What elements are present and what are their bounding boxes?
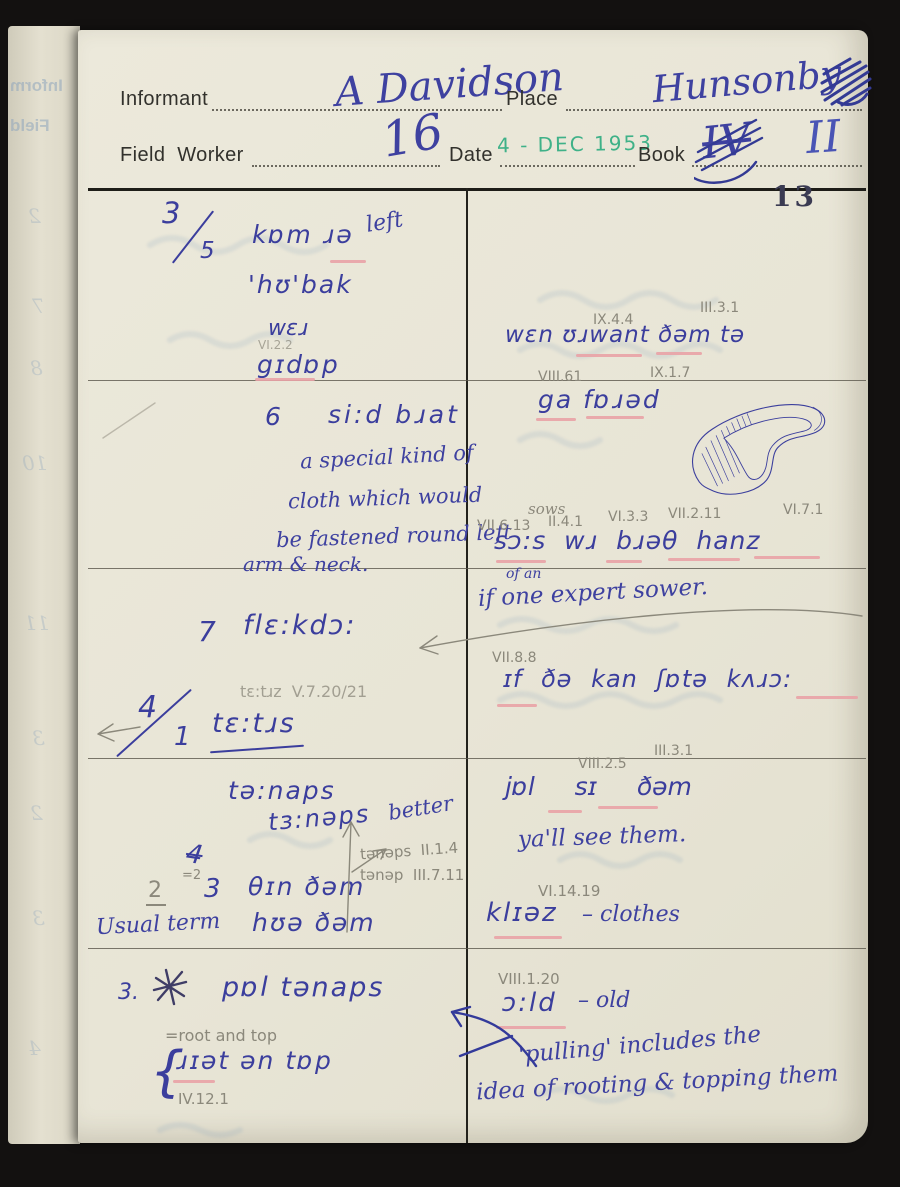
ghost-text-field: Field <box>10 116 50 136</box>
item7-pencil-note: tɛ:tɹz V.7.20/21 <box>240 682 367 701</box>
fieldworker-label: Field Worker <box>120 144 244 167</box>
block1-pencil-ref-3: VIII.61 <box>538 369 582 385</box>
item1-number-top: 3 <box>162 196 180 230</box>
red-underline <box>494 936 562 939</box>
item1-number-bottom: 5 <box>200 238 215 264</box>
notebook-page <box>78 30 868 1143</box>
item1-phonetic-1: kɒm ɹə <box>252 220 354 249</box>
red-underline <box>255 378 315 381</box>
previous-page-edge: Inform Field 2 7 8 10 11 3 2 3 4 <box>8 26 80 1144</box>
ghost-number: 11 <box>24 611 49 635</box>
turnips-pencil-note-2: tənəp III.7.11 <box>360 866 464 884</box>
block2-inserted-words: of an <box>506 566 541 582</box>
block5-gloss: – clothes <box>582 902 680 927</box>
turnips-pencil-number: 2 <box>148 878 162 903</box>
ghost-text-informant: Inform <box>10 76 63 96</box>
red-underline <box>586 416 644 419</box>
item1-phonetic-2: 'hʊ'bak <box>248 270 353 299</box>
row-line-3 <box>88 758 866 759</box>
date-stamp-value: 4 - DEC 1953 <box>497 131 653 158</box>
item3-pencil-ref: IV.12.1 <box>178 1090 229 1108</box>
book-value: II <box>804 111 842 164</box>
red-underline <box>496 1026 566 1029</box>
item4-phonetic: tɛ:tɹs <box>212 708 296 739</box>
red-underline <box>656 352 702 355</box>
turnips-phonetic-3: θɪn ðəm <box>248 872 365 901</box>
item3-phonetic: pɒl tənaps <box>222 972 384 1003</box>
page-number-stamp: 13 <box>772 180 817 213</box>
red-underline <box>576 354 642 357</box>
ghost-number: 2 <box>28 204 41 228</box>
row-line-4 <box>88 948 866 949</box>
block6-pencil-ref: VIII.1.20 <box>498 970 560 988</box>
column-divider <box>466 188 468 1143</box>
ghost-number: 8 <box>30 356 43 380</box>
red-underline <box>496 560 546 563</box>
block4-pencil-ref-1: VIII.2.5 <box>578 756 627 772</box>
book-label: Book <box>638 144 685 167</box>
turnips-item-number: 3 <box>204 874 221 904</box>
item6-number: 6 <box>265 402 281 431</box>
ghost-number: 7 <box>32 294 45 318</box>
block1-pencil-ref-4: IX.1.7 <box>650 365 690 381</box>
informant-label: Informant <box>120 88 208 111</box>
item3-number: 3. <box>118 980 139 1005</box>
block6-phonetic-gloss: – old <box>578 988 630 1013</box>
item7-phonetic: flɛ:kdɔ: <box>243 610 357 641</box>
block2-phonetic: sɔ:s wɹ bɹəθ hanz <box>494 526 760 555</box>
block6-phonetic: ɔ:ld <box>502 988 557 1018</box>
item7-number: 7 <box>198 615 216 648</box>
fieldworker-monogram: 16 <box>378 103 448 169</box>
red-underline <box>330 260 366 263</box>
red-underline <box>536 418 576 421</box>
ghost-number: 4 <box>28 1036 41 1060</box>
ghost-number: 3 <box>32 726 45 750</box>
row-line-2 <box>88 568 866 569</box>
block5-phonetic: klɪəz <box>486 898 558 928</box>
book-crossed-value: IV <box>699 114 753 170</box>
turnips-pencil-superscript: =2 <box>182 868 201 883</box>
item6-gloss-4: arm & neck. <box>243 552 368 576</box>
pencil-underline <box>146 904 166 906</box>
block3-pencil-ref: VII.8.8 <box>492 650 537 666</box>
block2-pencil-ref-3: VI.3.3 <box>608 509 648 525</box>
item6-phonetic: si:d bɹat <box>328 400 460 429</box>
turnips-usual-term-word: hʊə ðəm <box>252 908 376 937</box>
red-underline <box>598 806 658 809</box>
red-underline <box>497 704 537 707</box>
notebook-scan: Inform Field 2 7 8 10 11 3 2 3 4 Informa… <box>0 0 900 1187</box>
red-underline <box>754 556 820 559</box>
block1-phonetic-2: ga fɒɹəd <box>538 385 661 414</box>
table-top-rule <box>88 188 866 191</box>
place-label: Place <box>506 88 558 111</box>
red-underline <box>548 810 582 813</box>
block2-pencil-ref-5: VI.7.1 <box>783 502 823 518</box>
red-underline <box>173 1080 215 1083</box>
item1-phonetic-4: gɪdɒp <box>257 350 340 379</box>
ghost-number: 3 <box>32 906 45 930</box>
red-underline <box>796 696 858 699</box>
red-underline <box>668 558 740 561</box>
place-ruled-line <box>566 108 862 111</box>
row-line-1 <box>88 380 866 381</box>
block1-pencil-ref-2: III.3.1 <box>700 300 739 316</box>
ghost-number: 2 <box>30 801 43 825</box>
item3-variant-phonetic: ɹɪət ən tɒp <box>176 1046 333 1075</box>
block2-pencil-ref-4: VII.2.11 <box>668 506 721 522</box>
ghost-number: 10 <box>22 451 47 475</box>
block1-phonetic-1: wɛn ʊɹwant ðəm tə <box>505 322 745 348</box>
item4-number-bottom: 1 <box>174 722 191 752</box>
date-label: Date <box>449 144 493 167</box>
turnips-phonetic-1: tə:naps <box>228 776 336 805</box>
date-ruled-line <box>500 164 635 167</box>
block4-phonetic: jɒl sɪ ðəm <box>505 772 692 801</box>
block3-phonetic: ɪf ðə kan ʃɒtə kʌɹɔ: <box>503 665 792 693</box>
red-underline <box>606 560 642 563</box>
block4-pencil-ref-2: III.3.1 <box>654 743 693 759</box>
